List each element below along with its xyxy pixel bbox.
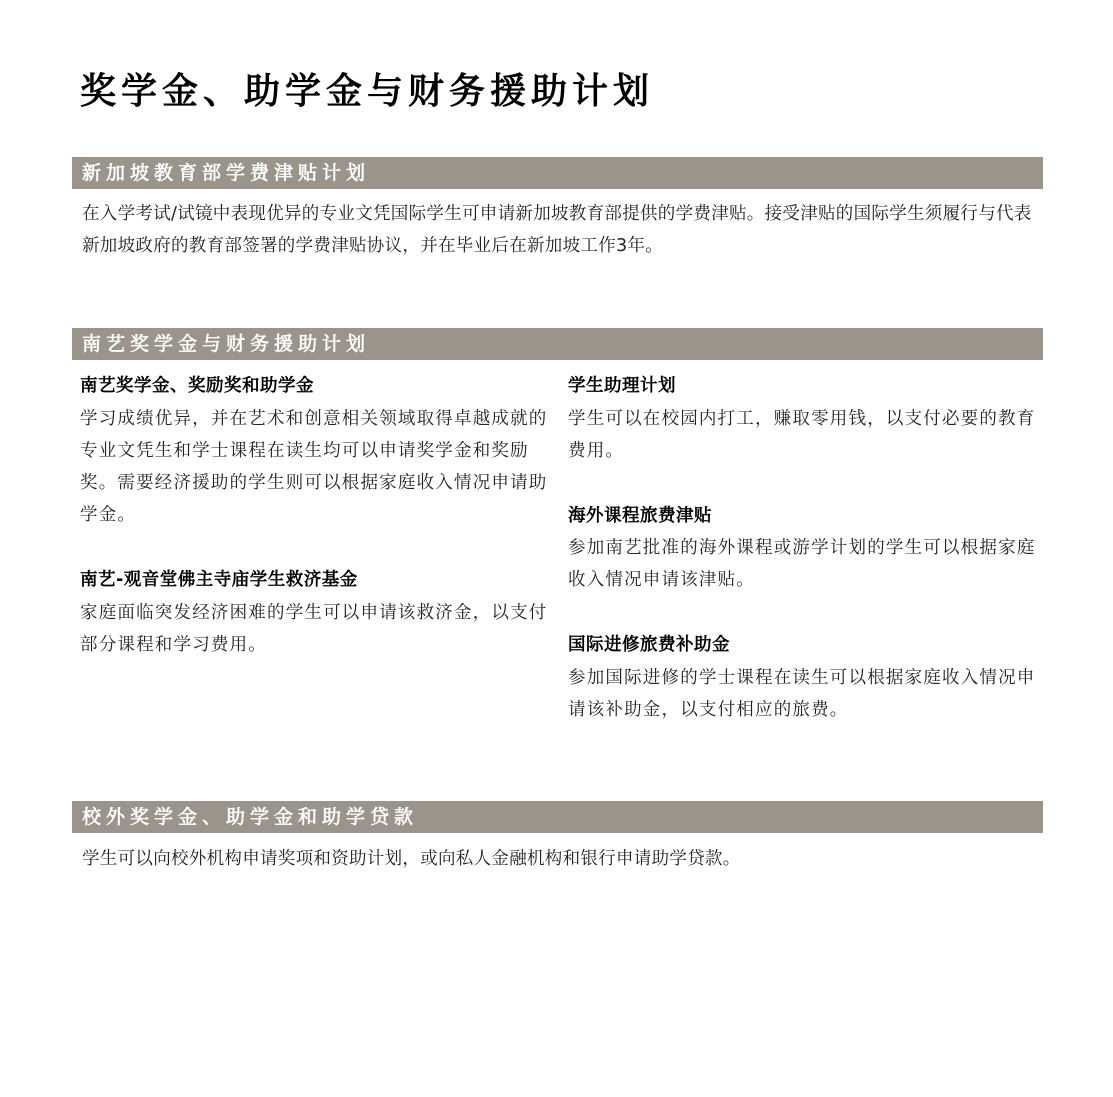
item-title-international-exchange-travel-grant: 国际进修旅费补助金: [568, 631, 730, 659]
item-body-nafa-scholarship-award-bursary: 学习成绩优异，并在艺术和创意相关领域取得卓越成就的专业文凭生和学士课程在读生均可…: [80, 403, 550, 531]
section-body-external-scholarships: 学生可以向校外机构申请奖项和资助计划，或向私人金融机构和银行申请助学贷款。: [82, 843, 1042, 875]
item-title-student-assistant-scheme: 学生助理计划: [568, 372, 676, 400]
section-body-moe-tuition-grant: 在入学考试/试镜中表现优异的专业文凭国际学生可申请新加坡教育部提供的学费津贴。接…: [82, 198, 1042, 262]
item-body-international-exchange-travel-grant: 参加国际进修的学士课程在读生可以根据家庭收入情况申请该补助金，以支付相应的旅费。: [568, 662, 1038, 726]
item-title-nafa-scholarship-award-bursary: 南艺奖学金、奖励奖和助学金: [80, 372, 314, 400]
item-body-overseas-travel-subsidy: 参加南艺批准的海外课程或游学计划的学生可以根据家庭收入情况申请该津贴。: [568, 532, 1038, 596]
page-title: 奖学金、助学金与财务援助计划: [80, 68, 654, 116]
item-title-overseas-travel-subsidy: 海外课程旅费津贴: [568, 502, 712, 530]
item-body-kwan-im-relief-fund: 家庭面临突发经济困难的学生可以申请该救济金，以支付部分课程和学习费用。: [80, 597, 550, 661]
section-heading-nafa-scholarships: 南艺奖学金与财务援助计划: [72, 328, 1043, 360]
item-body-student-assistant-scheme: 学生可以在校园内打工，赚取零用钱，以支付必要的教育费用。: [568, 403, 1038, 467]
section-heading-moe-tuition-grant: 新加坡教育部学费津贴计划: [72, 157, 1043, 189]
item-title-kwan-im-relief-fund: 南艺-观音堂佛主寺庙学生救济基金: [80, 566, 358, 594]
section-heading-external-scholarships: 校外奖学金、助学金和助学贷款: [72, 801, 1043, 833]
